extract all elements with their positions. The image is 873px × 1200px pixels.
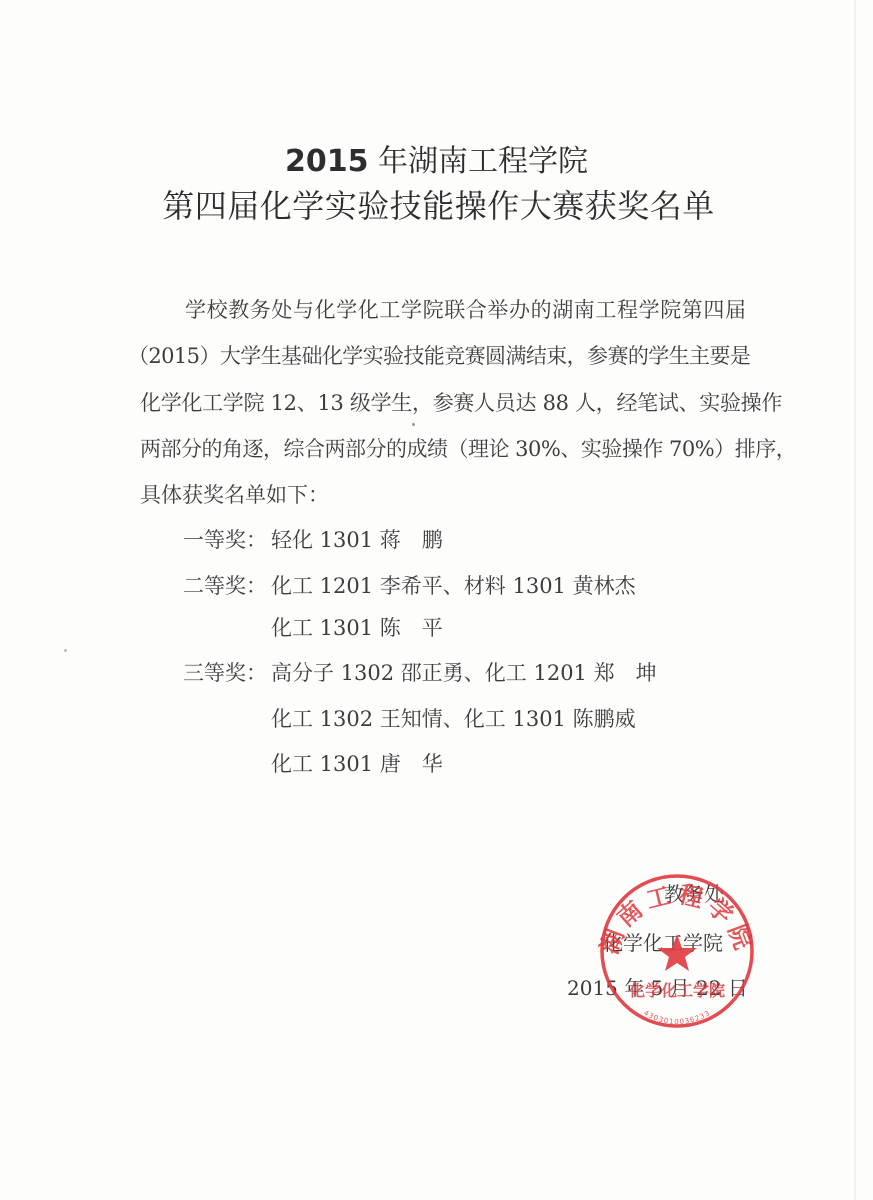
page-title-line-2: 第四届化学实验技能操作大赛获奖名单 — [2, 181, 873, 227]
stamp-bottom-text: 化学化工学院 — [628, 981, 725, 1000]
star-icon — [657, 934, 697, 971]
scan-edge-line — [854, 0, 856, 1200]
title-year: 2015 — [285, 144, 369, 179]
body-paragraph-line: 两部分的角逐，综合两部分的成绩（理论 30%、实验操作 70%）排序， — [140, 433, 796, 463]
body-paragraph-line: （2015）大学生基础化学实验技能竞赛圆满结束，参赛的学生主要是 — [128, 340, 750, 370]
award-winner-line: 轻化 1301 蒋 鹏 — [271, 524, 443, 554]
award-winner-line: 化工 1302 王知情、化工 1301 陈鹏威 — [271, 703, 636, 733]
scan-speck — [412, 423, 415, 426]
scan-speck — [64, 649, 67, 652]
body-paragraph-line: 学校教务处与化学化工学院联合举办的湖南工程学院第四届 — [185, 294, 747, 324]
body-paragraph-line: 化学化工学院 12、13 级学生，参赛人员达 88 人，经笔试、实验操作 — [140, 387, 782, 417]
award-winner-line: 高分子 1302 邵正勇、化工 1201 郑 坤 — [271, 657, 657, 687]
award-label-second: 二等奖： — [183, 570, 267, 600]
page-title-line-1: 2015 年湖南工程学院 — [0, 136, 873, 180]
award-winner-line: 化工 1301 陈 平 — [271, 612, 443, 642]
body-paragraph-line: 具体获奖名单如下： — [140, 479, 329, 509]
award-label-third: 三等奖： — [183, 657, 267, 687]
award-winner-line: 化工 1201 李希平、材料 1301 黄林杰 — [271, 570, 636, 600]
title-institution: 年湖南工程学院 — [368, 144, 588, 179]
award-label-first: 一等奖： — [183, 524, 267, 554]
award-winner-line: 化工 1301 唐 华 — [271, 748, 443, 778]
official-seal-stamp: 湖南工程学院 化学化工学院 4303010036233 — [598, 872, 756, 1030]
